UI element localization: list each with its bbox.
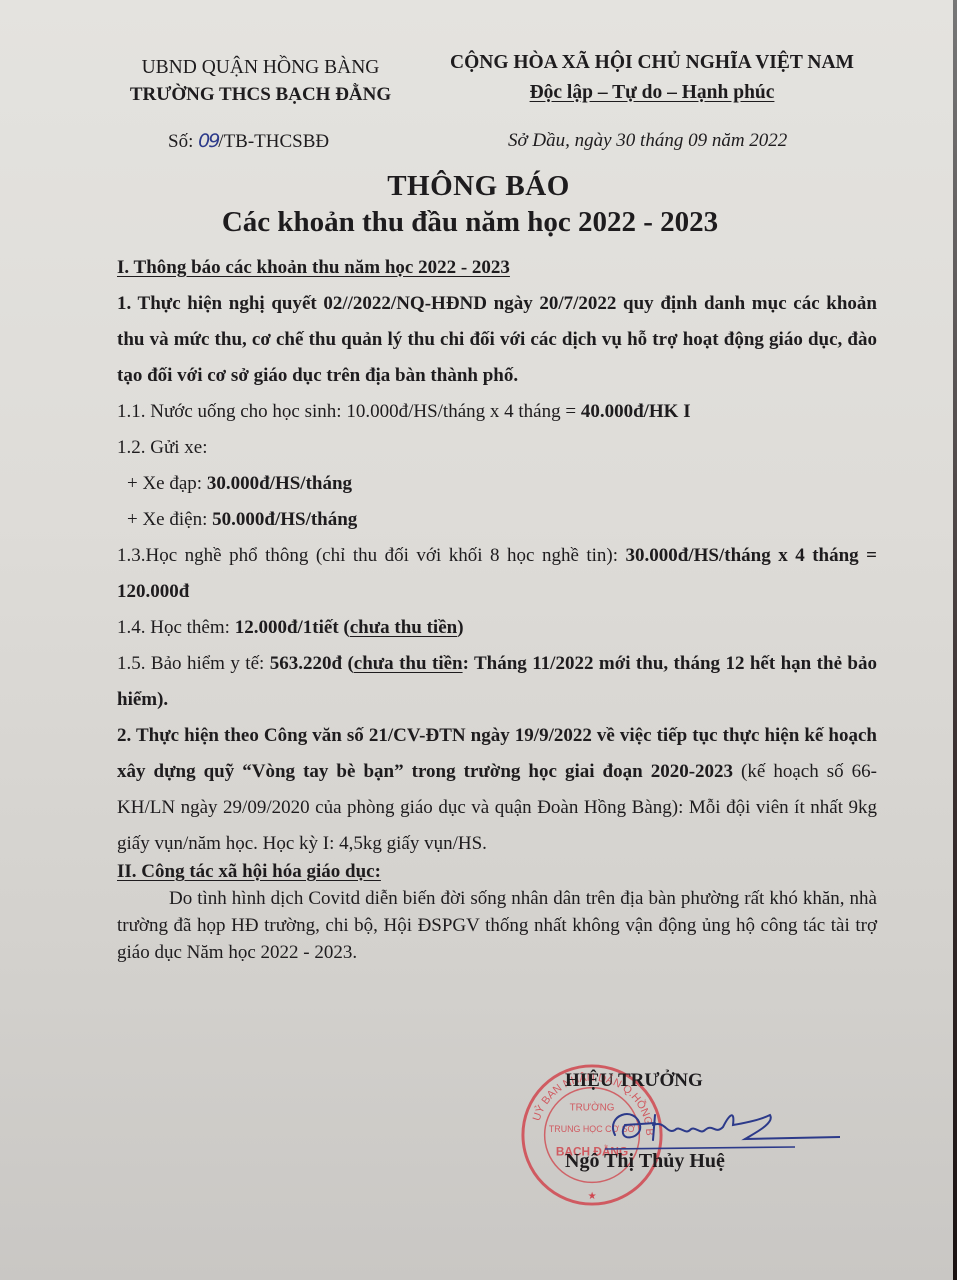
fee-extra-note: chưa thu tiền — [350, 617, 457, 638]
national-header: CỘNG HÒA XÃ HỘI CHỦ NGHĨA VIỆT NAM Độc l… — [432, 48, 872, 108]
fee-vocational: 1.3.Học nghề phổ thông (chỉ thu đối với … — [117, 538, 877, 610]
signature-block: UỶ BAN NHÂN DÂN Q.HỒNG BÀNG TRƯỜNG TRUNG… — [510, 1055, 860, 1200]
section1-item1: 1. Thực hiện nghị quyết 02//2022/NQ-HĐND… — [117, 286, 877, 394]
fee-insurance: 1.5. Bảo hiểm y tế: 563.220đ (chưa thu t… — [117, 646, 877, 718]
page-edge — [953, 0, 957, 1280]
fee-insurance-note: chưa thu tiền — [354, 653, 463, 674]
fee-water-label: 1.1. Nước uống cho học sinh: 10.000đ/HS/… — [117, 401, 581, 422]
fee-bicycle: + Xe đạp: 30.000đ/HS/tháng — [117, 466, 877, 502]
district-name: UBND QUẬN HỒNG BÀNG — [108, 54, 413, 81]
section2-heading: II. Công tác xã hội hóa giáo dục: — [117, 858, 877, 885]
section2-text: Do tình hình dịch Covitd diễn biến đời s… — [117, 888, 877, 963]
school-name: TRƯỜNG THCS BẠCH ĐẰNG — [108, 81, 413, 108]
doc-number-handwritten: 09 — [198, 130, 218, 152]
fee-ebike: + Xe điện: 50.000đ/HS/tháng — [117, 502, 877, 538]
fee-insurance-value: 563.220đ ( — [270, 653, 354, 674]
section1-heading: I. Thông báo các khoản thu năm học 2022 … — [117, 250, 877, 286]
section1-item2: 2. Thực hiện theo Công văn số 21/CV-ĐTN … — [117, 718, 877, 862]
document-body: I. Thông báo các khoản thu năm học 2022 … — [117, 250, 877, 966]
fee-insurance-label: 1.5. Bảo hiểm y tế: — [117, 653, 270, 674]
fee-extra-value: 12.000đ/1tiết — [235, 617, 344, 638]
issuer-header: UBND QUẬN HỒNG BÀNG TRƯỜNG THCS BẠCH ĐẰN… — [108, 54, 413, 108]
doc-number-suffix: /TB-THCSBĐ — [218, 131, 329, 152]
fee-ebike-label: + Xe điện: — [127, 509, 212, 530]
handwritten-signature-icon — [595, 1095, 840, 1155]
fee-extra-label: 1.4. Học thêm: — [117, 617, 235, 638]
svg-text:★: ★ — [588, 1191, 597, 1202]
fee-vocational-label: 1.3.Học nghề phổ thông (chỉ thu đối với … — [117, 545, 626, 566]
fee-parking-label: 1.2. Gửi xe: — [117, 430, 877, 466]
signer-title: HIỆU TRƯỞNG — [565, 1070, 703, 1092]
national-title: CỘNG HÒA XÃ HỘI CHỦ NGHĨA VIỆT NAM — [432, 48, 872, 78]
fee-extra-class: 1.4. Học thêm: 12.000đ/1tiết (chưa thu t… — [117, 610, 877, 646]
section2-body: Do tình hình dịch Covitd diễn biến đời s… — [117, 885, 877, 966]
document-page: UBND QUẬN HỒNG BÀNG TRƯỜNG THCS BẠCH ĐẰN… — [0, 0, 957, 1280]
national-motto: Độc lập – Tự do – Hạnh phúc — [432, 78, 872, 108]
fee-bicycle-label: + Xe đạp: — [127, 473, 207, 494]
paren-close: ) — [457, 617, 463, 638]
document-subtitle: Các khoản thu đầu năm học 2022 - 2023 — [0, 206, 900, 239]
place-date: Sở Dầu, ngày 30 tháng 09 năm 2022 — [508, 130, 787, 152]
fee-water: 1.1. Nước uống cho học sinh: 10.000đ/HS/… — [117, 394, 877, 430]
fee-water-total: 40.000đ/HK I — [581, 401, 691, 422]
document-title: THÔNG BÁO — [0, 170, 957, 203]
signer-name: Ngô Thị Thủy Huệ — [565, 1150, 725, 1173]
doc-number-prefix: Số: — [168, 131, 198, 152]
fee-bicycle-value: 30.000đ/HS/tháng — [207, 473, 352, 494]
document-number: Số: 09/TB-THCSBĐ — [168, 130, 329, 153]
fee-ebike-value: 50.000đ/HS/tháng — [212, 509, 357, 530]
